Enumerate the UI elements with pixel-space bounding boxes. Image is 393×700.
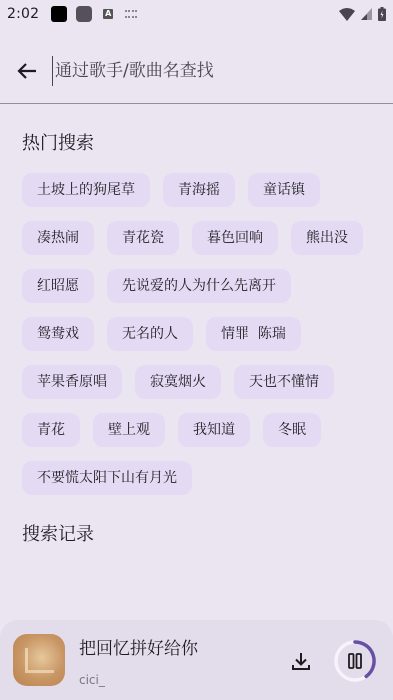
a-icon: A xyxy=(103,9,113,19)
hot-search-chip[interactable]: 青花瓷 xyxy=(107,221,179,255)
hot-search-chip[interactable]: 苹果香原唱 xyxy=(22,365,122,399)
notification-gray-icon xyxy=(76,6,92,22)
track-info[interactable]: 把回忆拼好给你 cici_ xyxy=(79,634,198,687)
hot-search-chip[interactable]: 青海摇 xyxy=(163,173,235,207)
track-artist: cici_ xyxy=(79,673,198,687)
hot-search-chip[interactable]: 情罪 陈瑞 xyxy=(206,317,301,351)
keyboard-icon xyxy=(125,10,137,18)
hot-search-chip[interactable]: 青花 xyxy=(22,413,80,447)
hot-search-chip[interactable]: 寂寞烟火 xyxy=(135,365,221,399)
search-divider xyxy=(0,103,393,104)
hot-search-chips: 土坡上的狗尾草 青海摇 童话镇 凑热闹 青花瓷 暮色回响 熊出没 红昭愿 先说爱… xyxy=(22,173,372,495)
hot-search-chip[interactable]: 童话镇 xyxy=(248,173,320,207)
hot-search-chip[interactable]: 我知道 xyxy=(178,413,250,447)
hot-search-chip[interactable]: 冬眠 xyxy=(263,413,321,447)
mini-player[interactable]: 把回忆拼好给你 cici_ xyxy=(0,620,393,700)
hot-search-chip[interactable]: 凑热闹 xyxy=(22,221,94,255)
back-button[interactable] xyxy=(14,58,40,84)
hot-search-chip[interactable]: 红昭愿 xyxy=(22,269,94,303)
search-bar xyxy=(0,40,393,102)
notification-black-icon xyxy=(51,6,67,22)
hot-search-chip[interactable]: 先说爱的人为什么先离开 xyxy=(107,269,291,303)
hot-search-chip[interactable]: 不要慌太阳下山有月光 xyxy=(22,461,192,495)
album-art[interactable] xyxy=(13,634,65,686)
search-history-title: 搜索记录 xyxy=(22,520,94,546)
status-time: 2:02 xyxy=(7,6,39,22)
status-bar: 2:02 A xyxy=(0,0,393,28)
hot-search-chip[interactable]: 鸳鸯戏 xyxy=(22,317,94,351)
download-icon xyxy=(290,650,312,672)
hot-search-title: 热门搜索 xyxy=(22,129,94,155)
hot-search-chip[interactable]: 暮色回响 xyxy=(192,221,278,255)
download-button[interactable] xyxy=(290,650,312,672)
signal-icon xyxy=(361,8,372,20)
progress-ring-pause-icon xyxy=(332,638,378,684)
search-input[interactable] xyxy=(52,56,352,86)
pause-button[interactable] xyxy=(332,638,378,684)
hot-search-chip[interactable]: 天也不懂情 xyxy=(234,365,334,399)
hot-search-chip[interactable]: 熊出没 xyxy=(291,221,363,255)
battery-charging-icon xyxy=(378,7,386,21)
hot-search-chip[interactable]: 壁上观 xyxy=(93,413,165,447)
arrow-left-icon xyxy=(17,62,37,80)
hot-search-chip[interactable]: 土坡上的狗尾草 xyxy=(22,173,150,207)
wifi-icon xyxy=(339,8,355,21)
track-title: 把回忆拼好给你 xyxy=(79,634,198,659)
hot-search-chip[interactable]: 无名的人 xyxy=(107,317,193,351)
